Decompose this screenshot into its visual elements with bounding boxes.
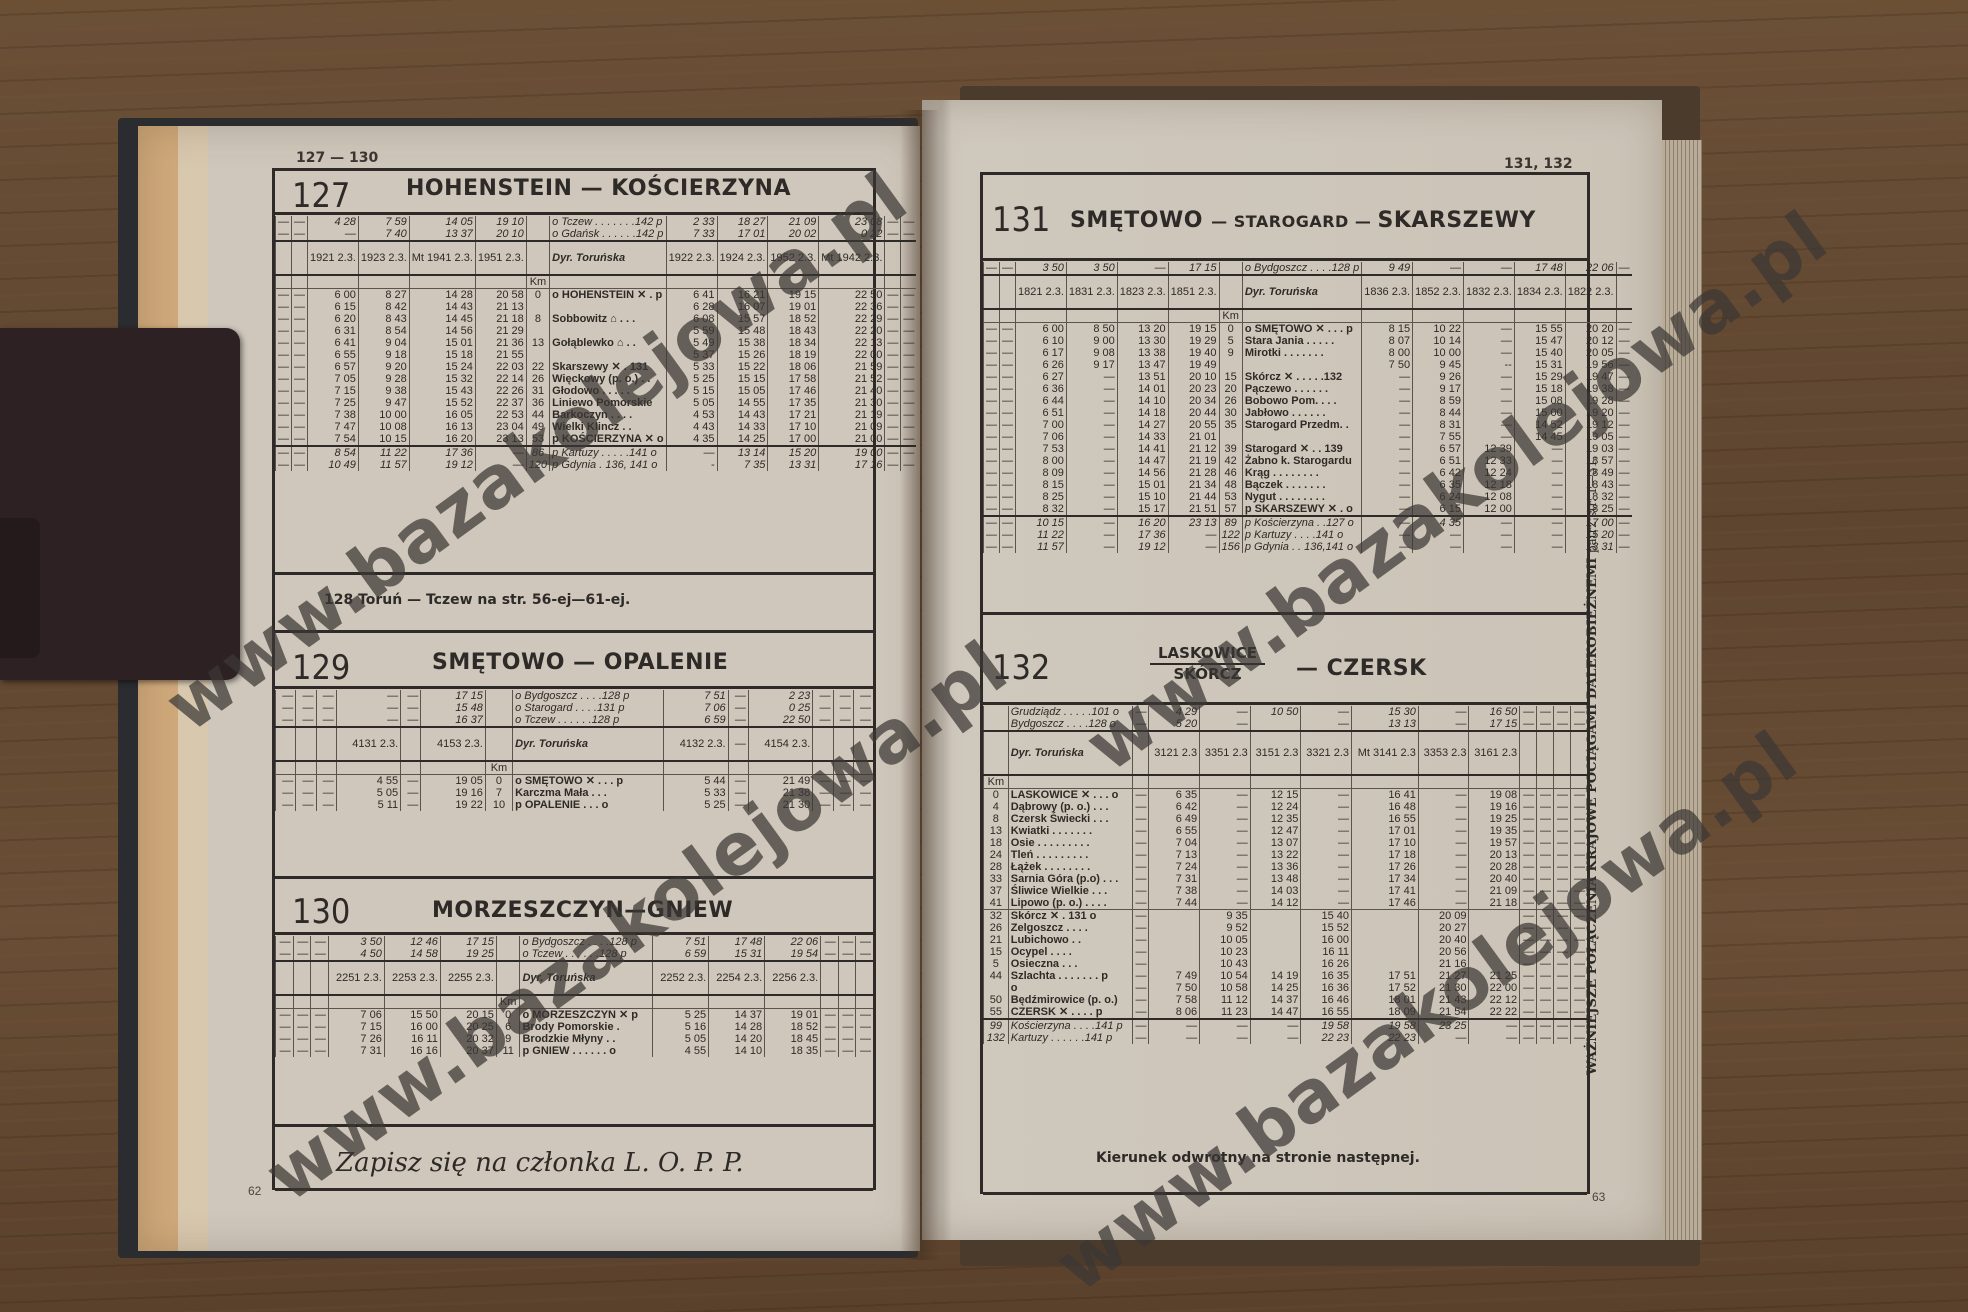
time-cell: 22 26	[475, 385, 526, 397]
time-cell	[409, 275, 475, 289]
time-cell: 2251 2.3.	[328, 961, 384, 995]
time-cell: 21 18	[1469, 897, 1520, 910]
time-cell: —	[1520, 910, 1537, 923]
time-cell: —	[1514, 455, 1565, 467]
time-cell: 6 41	[308, 337, 359, 349]
time-cell: 7 24	[1149, 861, 1200, 873]
time-cell: —	[1616, 359, 1632, 371]
km-value: 31	[526, 385, 549, 397]
time-cell: 14 25	[717, 433, 768, 446]
time-cell: —	[1520, 1032, 1537, 1044]
table-row: Km	[276, 995, 874, 1009]
time-cell: 7 38	[308, 409, 359, 421]
time-cell: 13 38	[1117, 347, 1168, 359]
table-row: 4131 2.3.4153 2.3.Dyr. Toruńska4132 2.3.…	[276, 727, 874, 761]
time-cell	[1352, 922, 1419, 934]
time-cell	[1352, 934, 1419, 946]
time-cell: 9 47	[358, 397, 409, 409]
time-cell: 22 53	[475, 409, 526, 421]
time-cell: —	[1554, 801, 1571, 813]
time-cell: 9 17	[1066, 359, 1117, 371]
table-row: ——11 22—17 36—122p Kartuzy . . . .141 o—…	[984, 529, 1632, 541]
time-cell: —	[728, 787, 748, 799]
time-cell: 16 48	[1352, 801, 1419, 813]
time-cell: —	[1168, 529, 1219, 541]
time-cell: —	[1066, 431, 1117, 443]
time-cell: —	[1362, 431, 1413, 443]
station-name: Łążek . . . . . . . .	[1008, 861, 1132, 873]
time-cell: 9 45	[1413, 359, 1464, 371]
time-cell: —	[885, 446, 901, 459]
time-cell: —	[1132, 706, 1149, 718]
time-cell: 21 18	[475, 313, 526, 325]
km-value	[526, 216, 549, 228]
time-cell: 0 22	[819, 228, 885, 241]
time-cell: —	[856, 1033, 873, 1045]
time-cell	[748, 761, 812, 775]
time-cell	[311, 995, 329, 1009]
time-cell: —	[1537, 970, 1554, 982]
table-row: ——6 579 2015 2422 0322Skarszewy ✕ . 1315…	[276, 361, 917, 373]
time-cell: 9 49	[1362, 262, 1413, 275]
table-row: 18Osie . . . . . . . . .—7 04—13 07—17 1…	[984, 837, 1588, 849]
time-cell: —	[813, 775, 833, 788]
time-cell: —	[292, 289, 308, 302]
time-cell: —	[1250, 1032, 1301, 1044]
time-cell: —	[1616, 323, 1632, 336]
station-name: p Gdynia . . 136,141 o	[1242, 541, 1361, 553]
station-name: o Bydgoszcz . . . .128 p	[513, 690, 664, 702]
time-cell: —	[1520, 982, 1537, 994]
time-cell: 10 08	[358, 421, 409, 433]
time-cell: —	[276, 409, 292, 421]
time-cell: 21 16	[1418, 958, 1469, 970]
time-cell: 20 40	[1469, 873, 1520, 885]
time-cell: 4 50	[328, 948, 384, 961]
km-value	[984, 706, 1009, 718]
time-cell: 21 38	[748, 787, 812, 799]
time-cell: —	[1066, 443, 1117, 455]
time-cell: 13 30	[1117, 335, 1168, 347]
time-cell: 14 45	[1514, 431, 1565, 443]
time-cell: 18 35	[765, 1045, 821, 1057]
station-name: LASKOWICE ✕ . . . o	[1008, 789, 1132, 802]
time-cell: —	[401, 775, 421, 788]
time-cell: —	[984, 491, 1000, 503]
station-name: o Tczew . . . . . .128 p	[513, 714, 664, 727]
time-cell: 6 44	[1016, 395, 1067, 407]
time-cell: —	[1000, 335, 1016, 347]
station-name: Brody Pomorskie .	[520, 1021, 653, 1033]
km-value: 39	[1219, 443, 1242, 455]
time-cell: —	[1520, 922, 1537, 934]
time-cell: -	[666, 459, 717, 471]
time-cell: 15 47	[1514, 335, 1565, 347]
station-name: Stara Jania . . . . .	[1242, 335, 1361, 347]
time-cell: —	[316, 799, 336, 811]
time-cell: 11 57	[358, 459, 409, 471]
time-cell: 18 43	[768, 325, 819, 337]
time-cell: 15 29	[1514, 371, 1565, 383]
time-cell: 7 58	[1149, 994, 1200, 1006]
time-cell: 8 25	[1016, 491, 1067, 503]
running-head-left: 127 — 130	[296, 150, 378, 166]
time-cell: 22 03	[475, 361, 526, 373]
time-cell: —	[1301, 789, 1352, 802]
time-cell: —	[296, 787, 316, 799]
time-cell: 19 03	[1565, 443, 1616, 455]
time-cell: —	[293, 1021, 311, 1033]
time-cell: —	[1301, 897, 1352, 910]
time-cell: Mt 3141 2.3	[1352, 731, 1419, 775]
km-value	[485, 690, 512, 702]
time-cell: 12 15	[1250, 789, 1301, 802]
time-cell	[853, 761, 873, 775]
time-cell	[768, 275, 819, 289]
time-cell: —	[1132, 958, 1149, 970]
table-row: ——7 259 4715 5222 3736Liniewo Pomorskie5…	[276, 397, 917, 409]
time-cell: 14 43	[717, 409, 768, 421]
time-cell: —	[292, 446, 308, 459]
time-cell: 7 13	[1149, 849, 1200, 861]
time-cell: 14 05	[409, 216, 475, 228]
time-cell: 19 20	[1565, 407, 1616, 419]
time-cell: 1952 2.3.	[768, 241, 819, 275]
time-cell: 19 16	[421, 787, 485, 799]
time-cell: 5 11	[336, 799, 400, 811]
km-value: Km	[496, 995, 520, 1009]
km-value	[1219, 262, 1242, 275]
time-cell: 3121 2.3	[1149, 731, 1200, 775]
time-cell: —	[1200, 1032, 1251, 1044]
time-cell: —	[984, 443, 1000, 455]
time-cell: 19 28	[1565, 395, 1616, 407]
km-value: 21	[984, 934, 1009, 946]
time-cell: —	[311, 1009, 329, 1022]
time-cell: 16 20	[1117, 516, 1168, 529]
time-cell: 14 27	[1117, 419, 1168, 431]
time-cell: 10 22	[1413, 323, 1464, 336]
table-row: ——10 15—16 2023 1389p Kościerzyna . .127…	[984, 516, 1632, 529]
title-part: STAROGARD	[1234, 212, 1349, 231]
time-cell: 13 13	[1352, 718, 1419, 731]
time-cell: 15 01	[409, 337, 475, 349]
time-cell: —	[1418, 885, 1469, 897]
time-cell: —	[885, 216, 901, 228]
time-cell: —	[901, 409, 917, 421]
rule	[275, 212, 873, 215]
time-cell: —	[1463, 419, 1514, 431]
time-cell: —	[1132, 861, 1149, 873]
time-cell: 7 35	[717, 459, 768, 471]
time-cell: 21 09	[819, 421, 885, 433]
time-cell: 19 56	[1565, 359, 1616, 371]
time-cell: 1834 2.3.	[1514, 275, 1565, 309]
time-cell	[328, 995, 384, 1009]
time-cell: 9 28	[358, 373, 409, 385]
time-cell: —	[728, 727, 748, 761]
book-clip	[0, 328, 240, 680]
time-cell	[401, 761, 421, 775]
time-cell: —	[856, 936, 873, 948]
time-cell: —	[1132, 837, 1149, 849]
time-cell: —	[1554, 861, 1571, 873]
time-cell: —	[276, 385, 292, 397]
time-cell: —	[1000, 491, 1016, 503]
table-row: ——7 4710 0816 1323 0449Wielki Klincz . .…	[276, 421, 917, 433]
time-cell: —	[1418, 718, 1469, 731]
table-row: ——6 318 5414 5621 295 5915 4818 4322 20—…	[276, 325, 917, 337]
time-cell: —	[1616, 516, 1632, 529]
time-cell: 7 51	[653, 936, 709, 948]
time-cell: 8 54	[308, 446, 359, 459]
time-cell: 17 16	[819, 459, 885, 471]
time-cell: —	[1132, 1032, 1149, 1044]
time-cell: 9 00	[1066, 335, 1117, 347]
time-cell: 22 06	[1565, 262, 1616, 275]
time-cell: —	[316, 714, 336, 727]
time-cell: 22 29	[819, 313, 885, 325]
time-cell: —	[821, 1021, 839, 1033]
time-cell: 16 00	[384, 1021, 440, 1033]
station-name: p GNIEW . . . . . . o	[520, 1045, 653, 1057]
time-cell	[653, 995, 709, 1009]
time-cell	[1149, 910, 1200, 923]
km-value: 35	[1219, 419, 1242, 431]
station-name: Ocypel . . . .	[1008, 946, 1132, 958]
time-cell: —	[1066, 516, 1117, 529]
time-cell: 15 57	[717, 313, 768, 325]
table-row: ———4 55—19 050o SMĘTOWO ✕ . . . p5 44—21…	[276, 775, 874, 788]
time-cell: —	[728, 690, 748, 702]
km-value	[1219, 431, 1242, 443]
time-cell: —	[984, 262, 1000, 275]
time-cell: 19 05	[1565, 431, 1616, 443]
table-row: 44Szlachta . . . . . . . p—7 4910 5414 1…	[984, 970, 1588, 982]
table-row: o—7 5010 5814 2516 3617 5221 3022 00————	[984, 982, 1588, 994]
time-cell: 10 14	[1413, 335, 1464, 347]
time-cell: 15 32	[409, 373, 475, 385]
time-cell: —	[1520, 946, 1537, 958]
time-cell: —	[276, 775, 296, 788]
table-row: ——7 3810 0016 0522 5344Barkoczyn . . . .…	[276, 409, 917, 421]
station-name	[1242, 431, 1361, 443]
time-cell	[1463, 309, 1514, 323]
time-cell: 14 28	[709, 1021, 765, 1033]
time-cell: 17 15	[421, 690, 485, 702]
table-row: Dyr. Toruńska3121 2.33351 2.33151 2.3332…	[984, 731, 1588, 775]
time-cell: —	[1554, 1006, 1571, 1019]
time-cell: 20 34	[1168, 395, 1219, 407]
time-cell: —	[276, 289, 292, 302]
time-cell: 19 12	[1117, 541, 1168, 553]
time-cell: 19 12	[409, 459, 475, 471]
time-cell	[292, 241, 308, 275]
time-cell: —	[1413, 262, 1464, 275]
table-row: ——11 57—19 12—156p Gdynia . . 136,141 o—…	[984, 541, 1632, 553]
time-cell: —	[984, 503, 1000, 516]
time-cell: 11 23	[1200, 1006, 1251, 1019]
table-row: ——7 159 3815 4322 2631Głodowo . . . . .5…	[276, 385, 917, 397]
km-value: 0	[984, 789, 1009, 802]
time-cell: —	[1537, 1032, 1554, 1044]
time-cell: 18 52	[765, 1021, 821, 1033]
time-cell: 8 15	[1362, 323, 1413, 336]
km-value: 20	[1219, 383, 1242, 395]
table-row: ——8 15—15 0121 3448Bączek . . . . . . .—…	[984, 479, 1632, 491]
time-cell	[292, 275, 308, 289]
km-value: 57	[1219, 503, 1242, 516]
time-cell: —	[984, 541, 1000, 553]
time-cell: 9 26	[1413, 371, 1464, 383]
time-cell: —	[276, 690, 296, 702]
time-cell: 11 57	[1016, 541, 1067, 553]
time-cell: 15 52	[1301, 922, 1352, 934]
time-cell: —	[1554, 934, 1571, 946]
time-cell: 3161 2.3	[1469, 731, 1520, 775]
time-cell: —	[984, 395, 1000, 407]
time-cell: 1852 2.3.	[1413, 275, 1464, 309]
time-cell: 9 17	[1413, 383, 1464, 395]
time-cell: —	[901, 228, 917, 241]
time-cell: 7 54	[308, 433, 359, 446]
time-cell: 22 13	[819, 337, 885, 349]
table-number: 129	[292, 648, 350, 688]
time-cell: —	[901, 349, 917, 361]
footer-note: Kierunek odwrotny na stronie następnej.	[1096, 1150, 1420, 1166]
time-cell: —	[1537, 897, 1554, 910]
time-cell: —	[885, 459, 901, 471]
time-cell: 8 54	[358, 325, 409, 337]
km-value: 44	[984, 970, 1009, 982]
time-cell: —	[276, 313, 292, 325]
time-cell: —	[1537, 789, 1554, 802]
table-row: ——7 5410 1516 2023 1353p KOŚCIERZYNA ✕ o…	[276, 433, 917, 446]
km-value: Km	[984, 775, 1009, 789]
time-cell: 13 37	[409, 228, 475, 241]
time-cell: 7 05	[308, 373, 359, 385]
time-cell	[1000, 309, 1016, 323]
time-cell: —	[296, 775, 316, 788]
station-name	[1242, 359, 1361, 371]
station-name: Dyr. Toruńska	[1008, 731, 1132, 775]
time-cell: —	[1520, 934, 1537, 946]
time-cell: 22 06	[765, 936, 821, 948]
time-cell: 15 55	[1514, 323, 1565, 336]
time-cell: --	[1463, 359, 1514, 371]
table-row: ——6 008 5013 2019 150o SMĘTOWO ✕ . . . p…	[984, 323, 1632, 336]
time-cell: 9 04	[358, 337, 409, 349]
time-cell: 12 35	[1250, 813, 1301, 825]
time-cell: —	[1616, 541, 1632, 553]
time-cell: 17 15	[1168, 262, 1219, 275]
time-cell: 14 10	[709, 1045, 765, 1057]
time-cell: —	[885, 301, 901, 313]
time-cell: —	[901, 337, 917, 349]
time-cell: —	[475, 446, 526, 459]
km-value: 0	[485, 775, 512, 788]
time-cell: 8 00	[1016, 455, 1067, 467]
time-cell: 21 09	[1469, 885, 1520, 897]
table-row: ———7 3116 1620 3711p GNIEW . . . . . . o…	[276, 1045, 874, 1057]
time-cell: 16 41	[1352, 789, 1419, 802]
station-name: p Gdynia . 136, 141 o	[550, 459, 666, 471]
time-cell: 14 56	[409, 325, 475, 337]
time-cell: —	[276, 714, 296, 727]
time-cell: —	[1537, 934, 1554, 946]
time-cell: —	[1000, 395, 1016, 407]
time-cell: 14 58	[384, 948, 440, 961]
time-cell: —	[276, 948, 294, 961]
table-row: ——7 00—14 2720 5535Starogard Przedm. .—8…	[984, 419, 1632, 431]
time-cell	[1352, 958, 1419, 970]
time-cell: —	[296, 714, 316, 727]
time-cell	[485, 727, 512, 761]
time-cell: 6 36	[1016, 383, 1067, 395]
time-cell: —	[1616, 347, 1632, 359]
time-cell: —	[1616, 383, 1632, 395]
time-cell: 13 14	[717, 446, 768, 459]
time-cell	[1537, 731, 1554, 775]
time-cell	[1301, 775, 1352, 789]
time-cell	[1469, 922, 1520, 934]
time-cell: 3351 2.3	[1200, 731, 1251, 775]
time-cell	[1250, 922, 1301, 934]
station-name: Jabłowo . . . . . .	[1242, 407, 1361, 419]
time-cell	[1000, 275, 1016, 309]
time-cell: 6 57	[308, 361, 359, 373]
time-cell: 3 50	[328, 936, 384, 948]
km-value	[984, 982, 1009, 994]
time-cell: 18 06	[768, 361, 819, 373]
time-cell: —	[1362, 467, 1413, 479]
time-cell: 9 18	[358, 349, 409, 361]
time-cell: —	[311, 1021, 329, 1033]
time-cell: 16 21	[717, 289, 768, 302]
table-row: ——7 059 2815 3222 1426Więckowy (p. o.) .…	[276, 373, 917, 385]
time-cell: —	[1000, 347, 1016, 359]
time-cell: —	[984, 467, 1000, 479]
time-cell: 17 41	[1352, 885, 1419, 897]
time-cell: 11 12	[1200, 994, 1251, 1006]
time-cell: 4 55	[653, 1045, 709, 1057]
time-cell: —	[1520, 861, 1537, 873]
time-cell: —	[1200, 885, 1251, 897]
time-cell: —	[666, 446, 717, 459]
time-cell: 3353 2.3	[1418, 731, 1469, 775]
time-cell: —	[1537, 873, 1554, 885]
time-cell: —	[1537, 922, 1554, 934]
km-value: 99	[984, 1019, 1009, 1032]
time-cell	[1352, 910, 1419, 923]
time-cell: 2255 2.3.	[440, 961, 496, 995]
time-cell: —	[1362, 407, 1413, 419]
time-cell: —	[1616, 395, 1632, 407]
time-cell: 14 37	[709, 1009, 765, 1022]
rule	[275, 932, 873, 935]
table-row: 132Kartuzy . . . . . .141 p————22 2322 2…	[984, 1032, 1588, 1044]
km-value: 8	[526, 313, 549, 325]
time-cell: 7 51	[664, 690, 728, 702]
time-cell: —	[1000, 443, 1016, 455]
time-cell: —	[1000, 467, 1016, 479]
time-cell: 13 36	[1250, 861, 1301, 873]
table-row: ———4 5014 5819 25o Tczew . . . . . .128 …	[276, 948, 874, 961]
table-row: ———7 0615 5020 150o MORZESZCZYN ✕ p5 251…	[276, 1009, 874, 1022]
time-cell: —	[838, 1033, 856, 1045]
time-cell	[1469, 946, 1520, 958]
station-name	[550, 349, 666, 361]
